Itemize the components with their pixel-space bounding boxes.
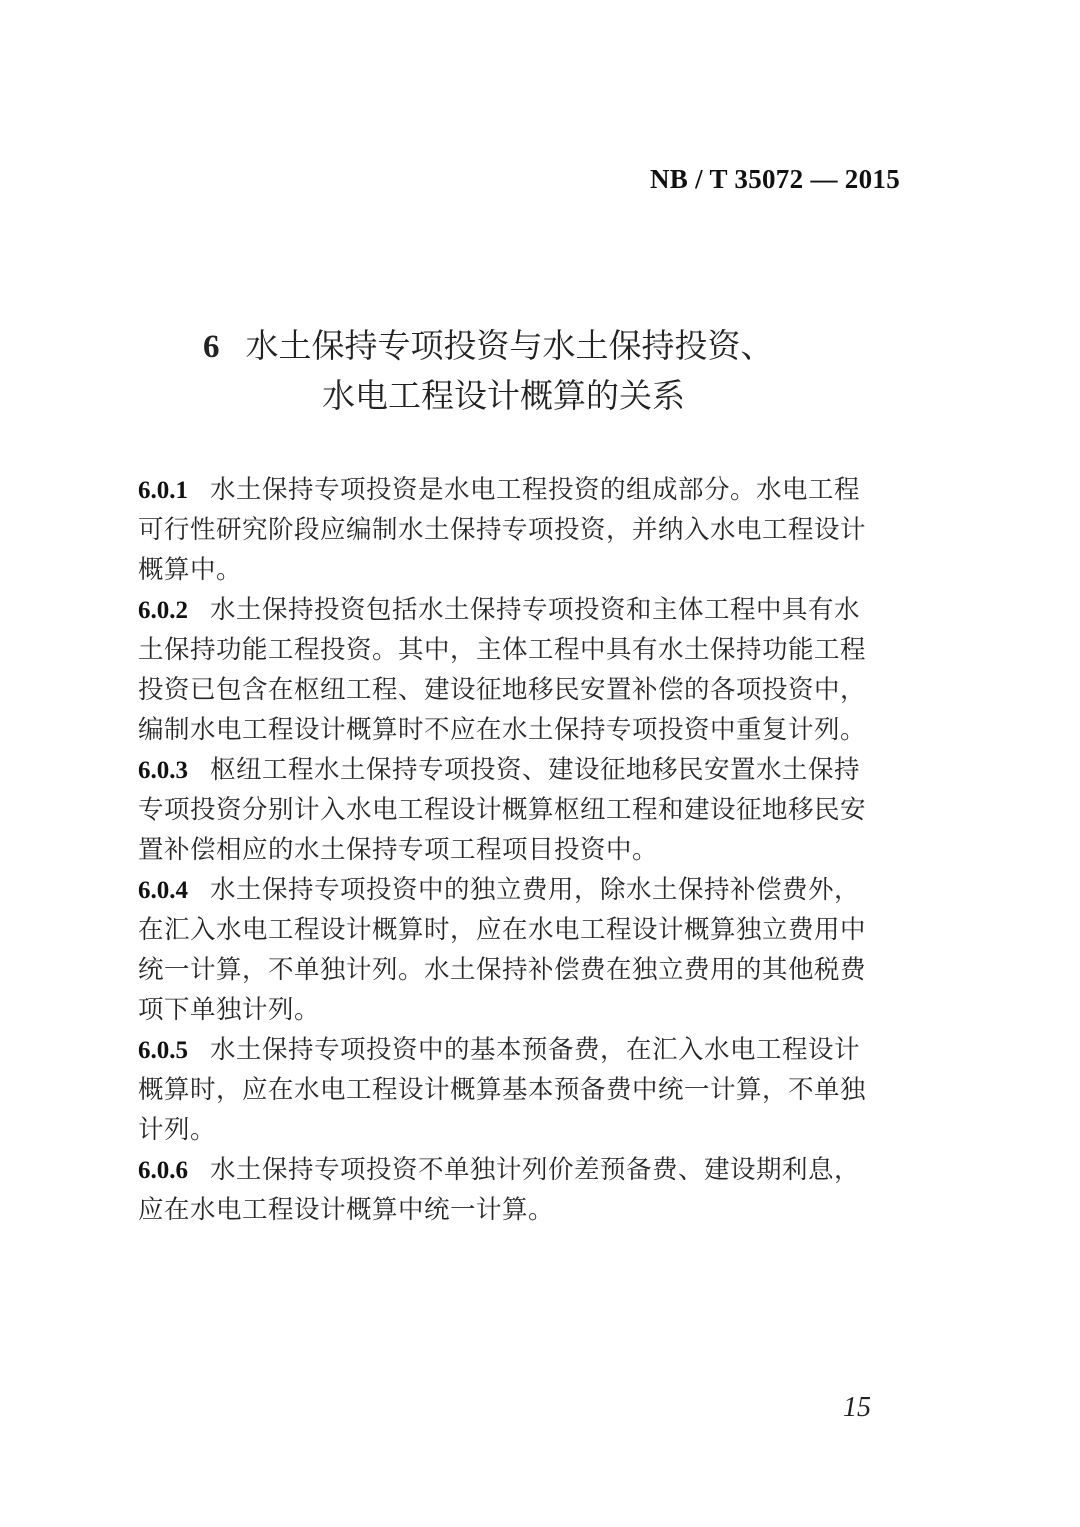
page-number: 15	[843, 1392, 871, 1424]
chapter-title-line-1: 6水土保持专项投资与水土保持投资、	[203, 322, 774, 371]
clause-number: 6.0.5	[138, 1037, 188, 1064]
clause-line: 6.0.5水土保持专项投资中的基本预备费，在汇入水电工程设计	[138, 1030, 908, 1070]
chapter-title-line-2: 水电工程设计概算的关系	[322, 372, 685, 420]
chapter-title-text-1: 水土保持专项投资与水土保持投资、	[246, 326, 774, 365]
clause-6-0-2: 6.0.2水土保持投资包括水土保持专项投资和主体工程中具有水 土保持功能工程投资…	[138, 590, 908, 750]
clause-line: 可行性研究阶段应编制水土保持专项投资，并纳入水电工程设计	[138, 510, 908, 550]
clause-number: 6.0.6	[138, 1157, 188, 1184]
clause-text: 水土保持投资包括水土保持专项投资和主体工程中具有水	[210, 595, 860, 625]
clause-line: 6.0.6水土保持专项投资不单独计列价差预备费、建设期利息，	[138, 1150, 908, 1190]
clause-line: 专项投资分别计入水电工程设计概算枢纽工程和建设征地移民安	[138, 790, 908, 830]
clause-text: 水土保持专项投资不单独计列价差预备费、建设期利息，	[210, 1155, 860, 1185]
clause-line: 统一计算，不单独计列。水土保持补偿费在独立费用的其他税费	[138, 950, 908, 990]
clause-line: 6.0.4水土保持专项投资中的独立费用，除水土保持补偿费外，	[138, 870, 908, 910]
clause-6-0-3: 6.0.3枢纽工程水土保持专项投资、建设征地移民安置水土保持 专项投资分别计入水…	[138, 750, 908, 870]
clause-line: 6.0.1水土保持专项投资是水电工程投资的组成部分。水电工程	[138, 470, 908, 510]
clause-line: 概算时，应在水电工程设计概算基本预备费中统一计算，不单独	[138, 1070, 908, 1110]
clause-line: 项下单独计列。	[138, 990, 908, 1030]
clause-list: 6.0.1水土保持专项投资是水电工程投资的组成部分。水电工程 可行性研究阶段应编…	[138, 470, 908, 1230]
clause-6-0-5: 6.0.5水土保持专项投资中的基本预备费，在汇入水电工程设计 概算时，应在水电工…	[138, 1030, 908, 1150]
clause-line: 置补偿相应的水土保持专项工程项目投资中。	[138, 830, 908, 870]
clause-number: 6.0.2	[138, 597, 188, 624]
clause-line: 应在水电工程设计概算中统一计算。	[138, 1190, 908, 1230]
clause-text: 水土保持专项投资是水电工程投资的组成部分。水电工程	[210, 475, 860, 505]
clause-line: 概算中。	[138, 550, 908, 590]
clause-line: 在汇入水电工程设计概算时，应在水电工程设计概算独立费用中	[138, 910, 908, 950]
clause-line: 投资已包含在枢纽工程、建设征地移民安置补偿的各项投资中，	[138, 670, 908, 710]
clause-text: 水土保持专项投资中的基本预备费，在汇入水电工程设计	[210, 1035, 860, 1065]
clause-number: 6.0.4	[138, 877, 188, 904]
clause-line: 6.0.2水土保持投资包括水土保持专项投资和主体工程中具有水	[138, 590, 908, 630]
clause-text: 枢纽工程水土保持专项投资、建设征地移民安置水土保持	[210, 755, 860, 785]
clause-text: 水土保持专项投资中的独立费用，除水土保持补偿费外，	[210, 875, 860, 905]
standard-code: NB / T 35072 — 2015	[650, 164, 900, 195]
clause-line: 6.0.3枢纽工程水土保持专项投资、建设征地移民安置水土保持	[138, 750, 908, 790]
clause-6-0-4: 6.0.4水土保持专项投资中的独立费用，除水土保持补偿费外， 在汇入水电工程设计…	[138, 870, 908, 1030]
clause-line: 编制水电工程设计概算时不应在水土保持专项投资中重复计列。	[138, 710, 908, 750]
clause-line: 土保持功能工程投资。其中，主体工程中具有水土保持功能工程	[138, 630, 908, 670]
chapter-number: 6	[203, 329, 220, 365]
clause-6-0-1: 6.0.1水土保持专项投资是水电工程投资的组成部分。水电工程 可行性研究阶段应编…	[138, 470, 908, 590]
clause-6-0-6: 6.0.6水土保持专项投资不单独计列价差预备费、建设期利息， 应在水电工程设计概…	[138, 1150, 908, 1230]
clause-number: 6.0.1	[138, 477, 188, 504]
clause-number: 6.0.3	[138, 757, 188, 784]
clause-line: 计列。	[138, 1110, 908, 1150]
